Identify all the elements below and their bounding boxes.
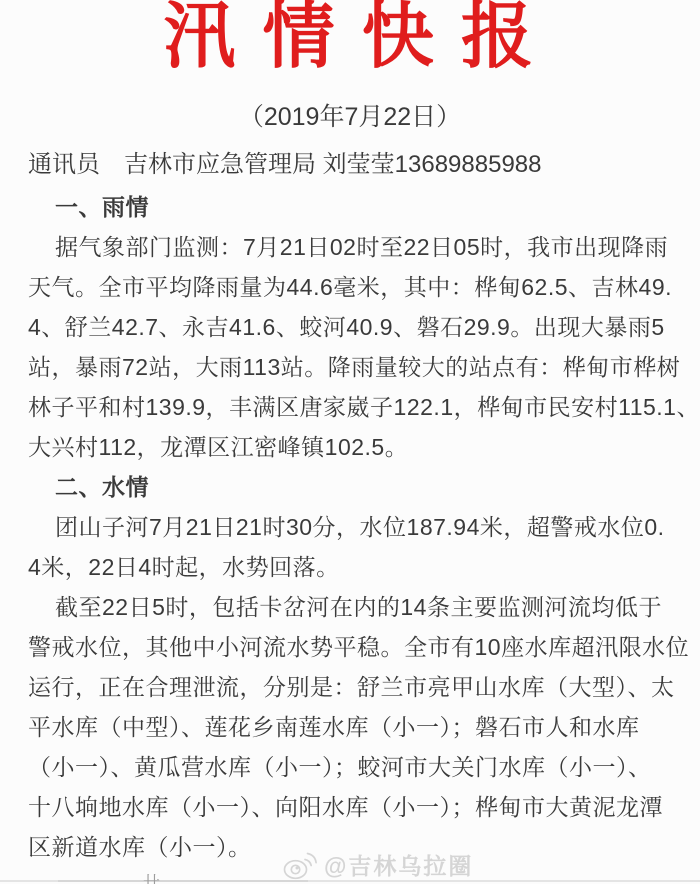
bulletin-page: 汛 情 快 报 （2019年7月22日） 通讯员 吉林市应急管理局 刘莹莹136… <box>0 0 700 884</box>
watermark-handle: @吉林乌拉圈 <box>324 848 473 881</box>
text-line: 站，暴雨72站，大雨113站。降雨量较大的站点有：桦甸市桦树 <box>28 347 692 387</box>
page-bottom-divider-segment <box>58 880 308 882</box>
text-line: （小一）、黄瓜营水库（小一）；蛟河市大关门水库（小一）、 <box>28 747 692 787</box>
text-line: 运行，正在合理泄流，分别是：舒兰市亮甲山水库（大型）、太 <box>28 667 692 707</box>
text-line: 十八垧地水库（小一）、向阳水库（小一）；桦甸市大黄泥龙潭 <box>28 787 692 827</box>
section-heading-2: 二、水情 <box>28 467 692 507</box>
date-line: （2019年7月22日） <box>0 97 700 133</box>
text-line: 平水库（中型）、莲花乡南莲水库（小一）；磐石市人和水库 <box>28 707 692 747</box>
correspondent-line: 通讯员 吉林市应急管理局 刘莹莹13689885988 <box>28 144 690 179</box>
weibo-icon <box>282 849 318 881</box>
document-body: 一、雨情据气象部门监测：7月21日02时至22日05时，我市出现降雨天气。全市平… <box>28 187 692 867</box>
text-line: 4米，22日4时起，水势回落。 <box>28 547 692 587</box>
text-line: 团山子河7月21日21时30分，水位187.94米，超警戒水位0. <box>28 507 692 547</box>
text-line: 截至22日5时，包括卡岔河在内的14条主要监测河流均低于 <box>28 587 692 627</box>
text-line: 据气象部门监测：7月21日02时至22日05时，我市出现降雨 <box>28 227 692 267</box>
text-line: 大兴村112，龙潭区江密峰镇102.5。 <box>28 427 692 467</box>
text-line: 4、舒兰42.7、永吉41.6、蛟河40.9、磐石29.9。出现大暴雨5 <box>28 307 692 347</box>
page-title: 汛 情 快 报 <box>0 0 700 87</box>
text-line: 警戒水位，其他中小河流水势平稳。全市有10座水库超汛限水位 <box>28 627 692 667</box>
watermark: @吉林乌拉圈 <box>282 848 473 881</box>
text-line: 天气。全市平均降雨量为44.6毫米，其中：桦甸62.5、吉林49. <box>28 267 692 307</box>
text-line: 林子平和村139.9，丰满区唐家崴子122.1，桦甸市民安村115.1、 <box>28 387 692 427</box>
section-heading-1: 一、雨情 <box>28 187 692 227</box>
next-row-cutoff-artifact: 卄 <box>143 874 169 884</box>
